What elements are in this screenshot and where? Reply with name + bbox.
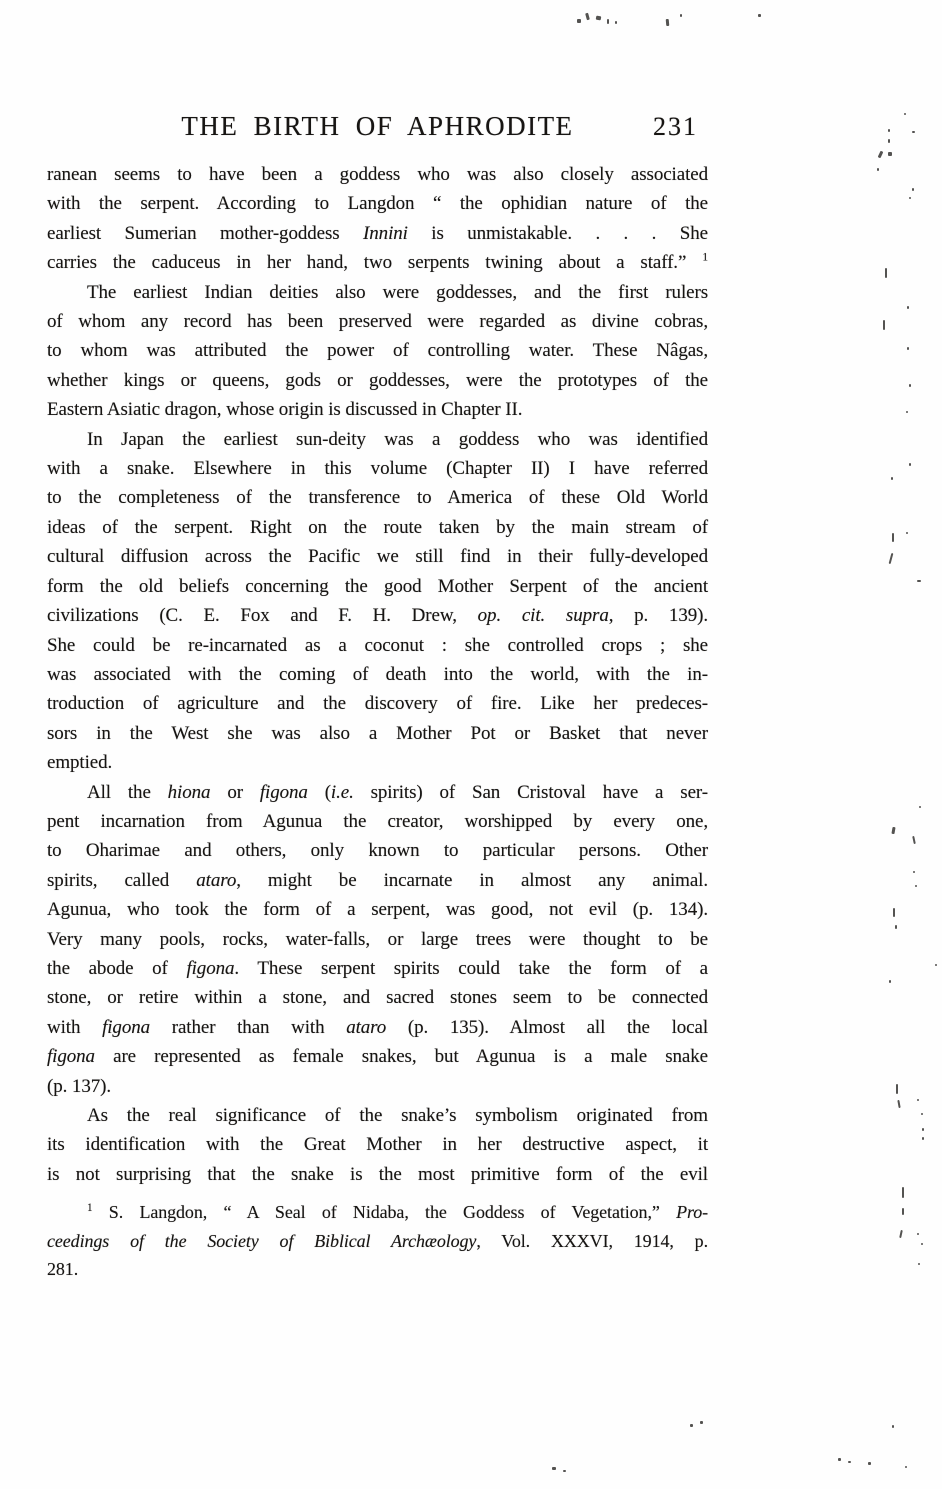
text-segment: ranean seems to have been a goddess who … xyxy=(47,164,708,185)
paragraph: The earliest Indian deities also were go… xyxy=(47,278,708,425)
scan-speck xyxy=(912,131,915,133)
scan-speck xyxy=(905,1466,907,1468)
text-segment: to the completeness of the transference … xyxy=(47,487,708,508)
text-segment: carries the caduceus in her hand, two se… xyxy=(47,252,702,273)
scan-speck xyxy=(585,13,590,21)
text-segment: figona xyxy=(186,958,234,979)
text-line: 1 S. Langdon, “ A Seal of Nidaba, the Go… xyxy=(47,1198,708,1227)
text-line: to Oharimae and others, only known to pa… xyxy=(47,836,708,865)
paragraph: As the real significance of the snake’s … xyxy=(47,1101,708,1189)
scan-speck xyxy=(868,1462,871,1465)
scan-speck xyxy=(878,151,884,159)
scan-speck xyxy=(892,1425,894,1428)
text-body: ranean seems to have been a goddess who … xyxy=(47,160,708,1284)
text-line: with a snake. Elsewhere in this volume (… xyxy=(47,454,708,483)
scan-speck xyxy=(904,113,906,115)
text-line: pent incarnation from Agunua the creator… xyxy=(47,807,708,836)
scan-speck xyxy=(917,580,921,582)
text-segment: S. Langdon, “ A Seal of Nidaba, the Godd… xyxy=(92,1202,676,1222)
scan-speck xyxy=(838,1458,841,1461)
text-segment: with xyxy=(47,1017,102,1038)
text-segment: Innini xyxy=(363,223,408,244)
text-segment: emptied. xyxy=(47,752,112,773)
text-segment: i.e. xyxy=(331,782,354,803)
text-line: was associated with the coming of death … xyxy=(47,660,708,689)
text-segment: ceedings of the Society of Biblical Arch… xyxy=(47,1231,476,1251)
scan-speck xyxy=(596,16,602,21)
text-segment: figona xyxy=(102,1017,150,1038)
text-line: earliest Sumerian mother-goddess Innini … xyxy=(47,219,708,248)
text-segment: earliest Sumerian mother-goddess xyxy=(47,223,363,244)
scan-speck xyxy=(906,411,908,413)
text-line: is not surprising that the snake is the … xyxy=(47,1160,708,1189)
text-segment: All the xyxy=(87,782,168,803)
footnote-marker: 1 xyxy=(702,251,708,264)
text-segment: The earliest Indian deities also were go… xyxy=(87,282,708,303)
text-segment: with a snake. Elsewhere in this volume (… xyxy=(47,458,708,479)
text-line: spirits, called ataro, might be incarnat… xyxy=(47,866,708,895)
text-line: sors in the West she was also a Mother P… xyxy=(47,719,708,748)
text-segment: ataro xyxy=(196,870,236,891)
text-segment: hiona xyxy=(168,782,211,803)
text-segment: or xyxy=(210,782,259,803)
text-segment: ataro xyxy=(346,1017,386,1038)
scan-speck xyxy=(895,925,897,929)
text-line: troduction of agriculture and the discov… xyxy=(47,689,708,718)
scan-speck xyxy=(888,152,892,156)
text-line: to the completeness of the transference … xyxy=(47,483,708,512)
paragraph: All the hiona or figona (i.e. spirits) o… xyxy=(47,778,708,1101)
scan-speck xyxy=(892,533,894,542)
scan-speck xyxy=(690,1424,693,1427)
scan-speck xyxy=(897,1100,900,1108)
scan-speck xyxy=(700,1421,703,1424)
scan-speck xyxy=(912,188,914,191)
text-segment: to Oharimae and others, only known to pa… xyxy=(47,840,708,861)
text-segment: with the serpent. According to Langdon “… xyxy=(47,193,708,214)
scan-speck xyxy=(918,1263,920,1265)
text-segment: sors in the West she was also a Mother P… xyxy=(47,723,708,744)
scan-speck xyxy=(758,14,761,17)
text-segment: pent incarnation from Agunua the creator… xyxy=(47,811,708,832)
text-segment: figona xyxy=(260,782,308,803)
text-segment: cultural diffusion across the Pacific we… xyxy=(47,546,708,567)
text-segment: . These serpent spirits could take the f… xyxy=(234,958,708,979)
scan-speck xyxy=(888,139,890,143)
text-segment: form the old beliefs concerning the good… xyxy=(47,576,708,597)
scan-speck xyxy=(848,1461,851,1463)
text-segment: is not surprising that the snake is the … xyxy=(47,1164,708,1185)
scan-speck xyxy=(896,1084,898,1094)
scan-speck xyxy=(922,1137,924,1140)
paragraph: ranean seems to have been a goddess who … xyxy=(47,160,708,278)
scan-speck xyxy=(577,19,581,23)
text-segment: to whom was attributed the power of cont… xyxy=(47,340,708,361)
scan-speck xyxy=(615,21,617,24)
text-line: carries the caduceus in her hand, two se… xyxy=(47,248,708,277)
text-line: form the old beliefs concerning the good… xyxy=(47,572,708,601)
text-line: As the real significance of the snake’s … xyxy=(47,1101,708,1130)
text-line: emptied. xyxy=(47,748,708,777)
text-segment: whether kings or queens, gods or goddess… xyxy=(47,370,708,391)
text-line: to whom was attributed the power of cont… xyxy=(47,336,708,365)
scan-speck xyxy=(889,980,891,983)
text-line: its identification with the Great Mother… xyxy=(47,1130,708,1159)
text-segment: 281. xyxy=(47,1259,78,1279)
scan-speck xyxy=(907,306,909,309)
text-segment: Agunua, who took the form of a serpent, … xyxy=(47,899,708,920)
text-line: with figona rather than with ataro (p. 1… xyxy=(47,1013,708,1042)
text-segment: , p. 139). xyxy=(609,605,708,626)
scan-speck xyxy=(921,1243,923,1245)
scan-speck xyxy=(902,1208,904,1215)
scan-speck xyxy=(885,268,887,278)
text-segment: ( xyxy=(308,782,331,803)
text-segment: op. cit. supra xyxy=(478,605,609,626)
scan-speck xyxy=(883,320,885,330)
text-segment: ideas of the serpent. Right on the route… xyxy=(47,517,708,538)
text-segment: , Vol. XXXVI, 1914, p. xyxy=(476,1231,708,1251)
scan-speck xyxy=(909,197,911,199)
text-line: Eastern Asiatic dragon, whose origin is … xyxy=(47,395,708,424)
text-line: stone, or retire within a stone, and sac… xyxy=(47,983,708,1012)
text-line: ranean seems to have been a goddess who … xyxy=(47,160,708,189)
text-segment: Eastern Asiatic dragon, whose origin is … xyxy=(47,399,522,420)
text-segment: figona xyxy=(47,1046,95,1067)
text-line: She could be re-incarnated as a coconut … xyxy=(47,631,708,660)
text-segment: civilizations (C. E. Fox and F. H. Drew, xyxy=(47,605,478,626)
text-segment: its identification with the Great Mother… xyxy=(47,1134,708,1155)
scan-speck xyxy=(666,19,670,26)
text-segment: Very many pools, rocks, water-falls, or … xyxy=(47,929,708,950)
text-segment: is unmistakable. . . . She xyxy=(408,223,708,244)
scan-speck xyxy=(919,806,921,808)
page-number: 231 xyxy=(653,112,698,142)
text-line: Agunua, who took the form of a serpent, … xyxy=(47,895,708,924)
scan-speck xyxy=(891,477,893,480)
text-segment: (p. 137). xyxy=(47,1076,111,1097)
text-line: figona are represented as female snakes,… xyxy=(47,1042,708,1071)
text-line: the abode of figona. These serpent spiri… xyxy=(47,954,708,983)
text-line: with the serpent. According to Langdon “… xyxy=(47,189,708,218)
text-line: whether kings or queens, gods or goddess… xyxy=(47,366,708,395)
text-line: The earliest Indian deities also were go… xyxy=(47,278,708,307)
text-line: Very many pools, rocks, water-falls, or … xyxy=(47,925,708,954)
text-segment: (p. 135). Almost all the local xyxy=(386,1017,708,1038)
text-segment: the abode of xyxy=(47,958,186,979)
scan-speck xyxy=(899,1230,903,1238)
text-segment: Pro- xyxy=(676,1202,708,1222)
scan-speck xyxy=(680,14,682,17)
scan-speck xyxy=(893,908,895,917)
scan-speck xyxy=(563,1470,566,1472)
text-segment: of whom any record has been preserved we… xyxy=(47,311,708,332)
text-line: (p. 137). xyxy=(47,1072,708,1101)
scan-speck xyxy=(915,885,917,887)
page-header: THE BIRTH OF APHRODITE 231 xyxy=(47,111,708,147)
scan-speck xyxy=(888,129,890,132)
text-line: 281. xyxy=(47,1255,708,1284)
text-line: civilizations (C. E. Fox and F. H. Drew,… xyxy=(47,601,708,630)
scan-speck xyxy=(922,1128,924,1131)
scan-speck xyxy=(877,168,879,171)
paragraph: In Japan the earliest sun-deity was a go… xyxy=(47,425,708,778)
text-segment: spirits, called xyxy=(47,870,196,891)
text-line: All the hiona or figona (i.e. spirits) o… xyxy=(47,778,708,807)
text-line: In Japan the earliest sun-deity was a go… xyxy=(47,425,708,454)
scan-speck xyxy=(912,836,916,844)
text-segment: She could be re-incarnated as a coconut … xyxy=(47,635,708,656)
running-title: THE BIRTH OF APHRODITE xyxy=(47,111,708,142)
scan-speck xyxy=(921,1113,923,1115)
scan-speck xyxy=(552,1467,556,1470)
scan-speck xyxy=(913,871,915,873)
text-line: cultural diffusion across the Pacific we… xyxy=(47,542,708,571)
scan-speck xyxy=(607,19,609,24)
text-line: of whom any record has been preserved we… xyxy=(47,307,708,336)
text-segment: rather than with xyxy=(150,1017,346,1038)
footnote: 1 S. Langdon, “ A Seal of Nidaba, the Go… xyxy=(47,1198,708,1284)
text-line: ceedings of the Society of Biblical Arch… xyxy=(47,1227,708,1256)
scan-speck xyxy=(909,463,911,466)
text-line: ideas of the serpent. Right on the route… xyxy=(47,513,708,542)
text-segment: In Japan the earliest sun-deity was a go… xyxy=(87,429,708,450)
scan-speck xyxy=(909,384,911,387)
text-segment: , might be incarnate in almost any anima… xyxy=(236,870,708,891)
text-segment: troduction of agriculture and the discov… xyxy=(47,693,708,714)
text-segment: spirits) of San Cristoval have a ser- xyxy=(354,782,708,803)
text-segment: stone, or retire within a stone, and sac… xyxy=(47,987,708,1008)
scan-speck xyxy=(902,1187,904,1198)
scan-speck xyxy=(917,1233,919,1235)
scan-speck xyxy=(891,827,895,834)
scanned-book-page: THE BIRTH OF APHRODITE 231 ranean seems … xyxy=(0,0,942,1489)
text-segment: As the real significance of the snake’s … xyxy=(87,1105,708,1126)
text-segment: was associated with the coming of death … xyxy=(47,664,708,685)
scan-speck xyxy=(935,964,937,966)
text-segment: are represented as female snakes, but Ag… xyxy=(95,1046,708,1067)
scan-speck xyxy=(907,347,909,350)
scan-speck xyxy=(917,1099,919,1101)
scan-speck xyxy=(889,553,894,564)
scan-speck xyxy=(906,532,908,534)
